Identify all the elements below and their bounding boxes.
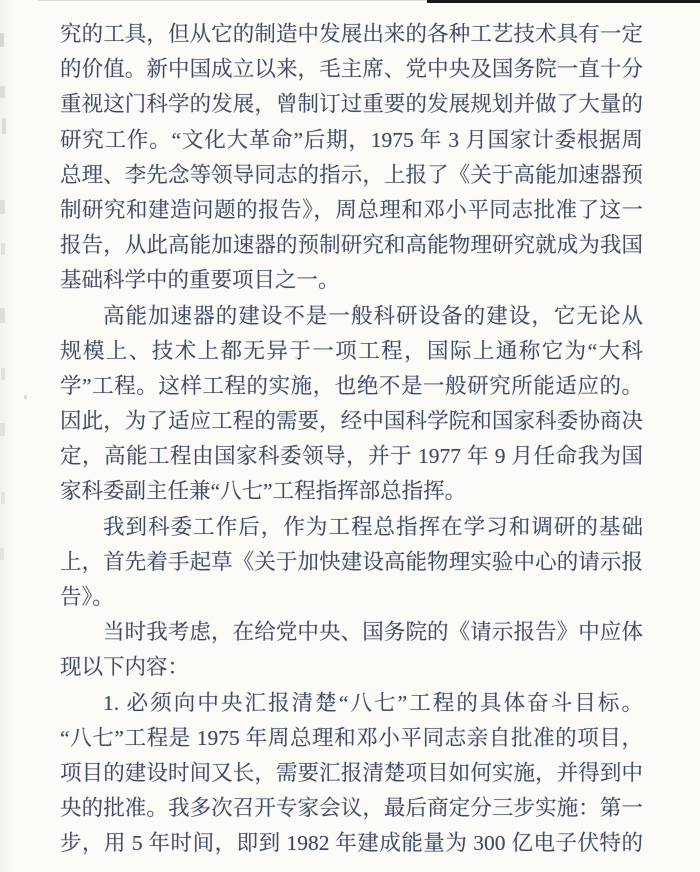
scan-speck	[0, 308, 5, 323]
text-line: 基础科学中的重要项目之一。	[60, 263, 643, 298]
text-line: 央的批准。我多次召开专家会议，最后商定分三步实施：第一	[60, 791, 643, 826]
text-line: 制研究和建造问题的报告》，周总理和邓小平同志批准了这一	[60, 193, 643, 228]
text-column: 究的工具，但从它的制造中发展出来的各种工艺技术具有一定 的价值。新中国成立以来，…	[60, 17, 643, 862]
scan-speck	[2, 118, 6, 134]
scan-speck	[0, 86, 5, 98]
scan-speck	[1, 243, 5, 255]
text-line: 1. 必须向中央汇报清楚“八七”工程的具体奋斗目标。	[60, 686, 643, 721]
text-line: 告》。	[60, 580, 643, 615]
text-line: 规模上、技术上都无异于一项工程，国际上通称它为“大科	[60, 334, 643, 369]
text-line: 研究工作。“文化大革命”后期，1975 年 3 月国家计委根据周	[60, 123, 643, 158]
scan-speck	[24, 395, 27, 399]
text-line: 的价值。新中国成立以来，毛主席、党中央及国务院一直十分	[60, 52, 643, 87]
text-line: 当时我考虑，在给党中央、国务院的《请示报告》中应体	[60, 615, 643, 650]
scan-speck	[1, 492, 5, 504]
scan-edge-line-faint	[38, 0, 427, 1]
text-line: 步，用 5 年时间，即到 1982 年建成能量为 300 亿电子伏特的	[60, 826, 643, 861]
text-line: 重视这门科学的发展，曾制订过重要的发展规划并做了大量的	[60, 87, 643, 122]
text-line: 因此，为了适应工程的需要，经中国科学院和国家科委协商决	[60, 404, 643, 439]
scan-speck	[0, 200, 5, 214]
text-line: 我到科委工作后，作为工程总指挥在学习和调研的基础	[60, 510, 643, 545]
book-page: 究的工具，但从它的制造中发展出来的各种工艺技术具有一定 的价值。新中国成立以来，…	[0, 0, 700, 872]
text-line: 定，高能工程由国家科委领导，并于 1977 年 9 月任命我为国	[60, 439, 643, 474]
text-line: 学”工程。这样工程的实施，也绝不是一般研究所能适应的。	[60, 369, 643, 404]
text-line: 总理、李先念等领导同志的指示，上报了《关于高能加速器预	[60, 158, 643, 193]
text-line: 家科委副主任兼“八七”工程指挥部总指挥。	[60, 474, 643, 509]
scan-edge-line	[427, 0, 700, 3]
scan-speck	[0, 423, 5, 436]
scan-speck	[0, 548, 4, 560]
text-line: 项目的建设时间又长，需要汇报清楚项目如何实施，并得到中	[60, 756, 643, 791]
text-line: 现以下内容：	[60, 650, 643, 685]
scan-speck	[1, 368, 5, 380]
text-line: 报告，从此高能加速器的预制研究和高能物理研究就成为我国	[60, 228, 643, 263]
text-line: 究的工具，但从它的制造中发展出来的各种工艺技术具有一定	[60, 17, 643, 52]
text-line: “八七”工程是 1975 年周总理和邓小平同志亲自批准的项目，	[60, 721, 643, 756]
scan-speck	[0, 33, 4, 47]
text-line: 上，首先着手起草《关于加快建设高能物理实验中心的请示报	[60, 545, 643, 580]
text-line: 高能加速器的建设不是一般科研设备的建设，它无论从	[60, 299, 643, 334]
